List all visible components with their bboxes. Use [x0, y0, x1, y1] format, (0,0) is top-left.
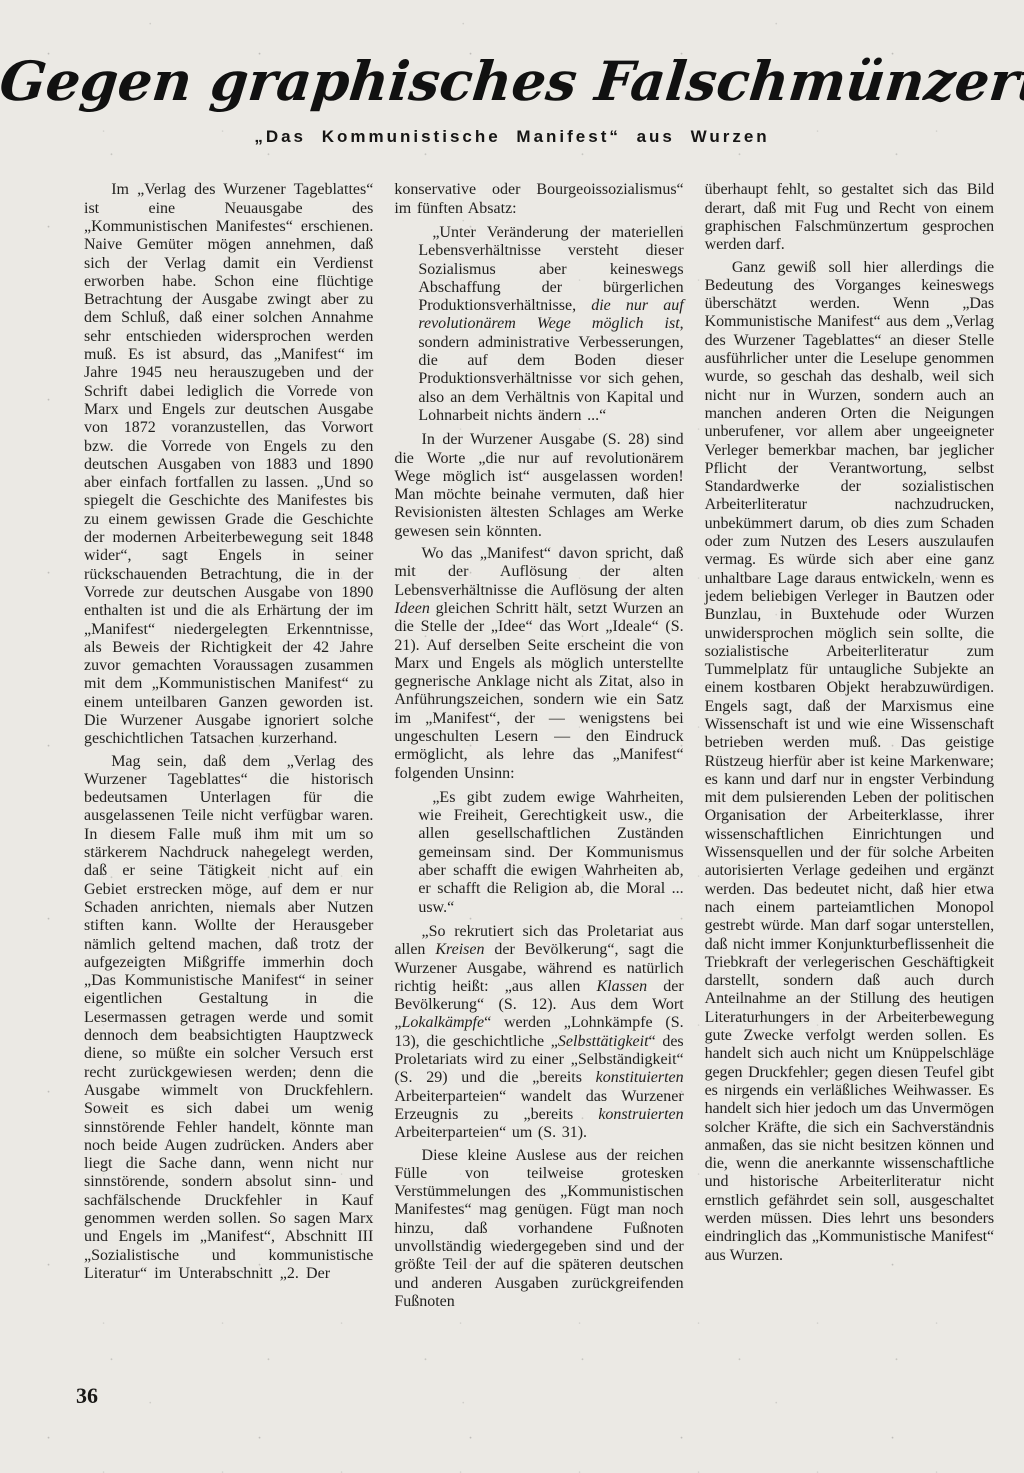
paragraph: Mag sein, daß dem „Verlag des Wurzener T…: [84, 753, 373, 1284]
paragraph: überhaupt fehlt, so gestaltet sich das B…: [705, 181, 994, 254]
paragraph: „So rekrutiert sich das Proletariat aus …: [394, 923, 683, 1143]
article-title: Gegen graphisches Falschmünzertūm: [0, 52, 1024, 111]
paragraph: Wo das „Manifest“ davon spricht, daß mit…: [394, 545, 683, 783]
scanned-page: Gegen graphisches Falschmünzertūm „Das K…: [0, 0, 1024, 1473]
page-number: 36: [76, 1383, 98, 1409]
text-column-2: konservative oder Bourgeoissozialismus“ …: [394, 181, 683, 1311]
paragraph: In der Wurzener Ausgabe (S. 28) sind die…: [394, 431, 683, 541]
paragraph: Im „Verlag des Wurzener Tageblattes“ ist…: [84, 181, 373, 748]
text-column-3: überhaupt fehlt, so gestaltet sich das B…: [705, 181, 994, 1265]
article-subtitle: „Das Kommunistische Manifest“ aus Wurzen: [0, 127, 1024, 147]
paragraph: konservative oder Bourgeoissozialismus“ …: [394, 181, 683, 218]
quote-paragraph: „Es gibt zudem ewige Wahrheiten, wie Fre…: [394, 789, 683, 917]
masthead: Gegen graphisches Falschmünzertūm „Das K…: [0, 0, 1024, 147]
paragraph: Diese kleine Auslese aus der reichen Fül…: [394, 1147, 683, 1312]
article-body: Im „Verlag des Wurzener Tageblattes“ ist…: [0, 147, 1024, 1311]
paragraph: Ganz gewiß soll hier allerdings die Bede…: [705, 259, 994, 1265]
text-column-1: Im „Verlag des Wurzener Tageblattes“ ist…: [84, 181, 373, 1283]
quote-paragraph: „Unter Veränderung der materiellen Leben…: [394, 224, 683, 425]
